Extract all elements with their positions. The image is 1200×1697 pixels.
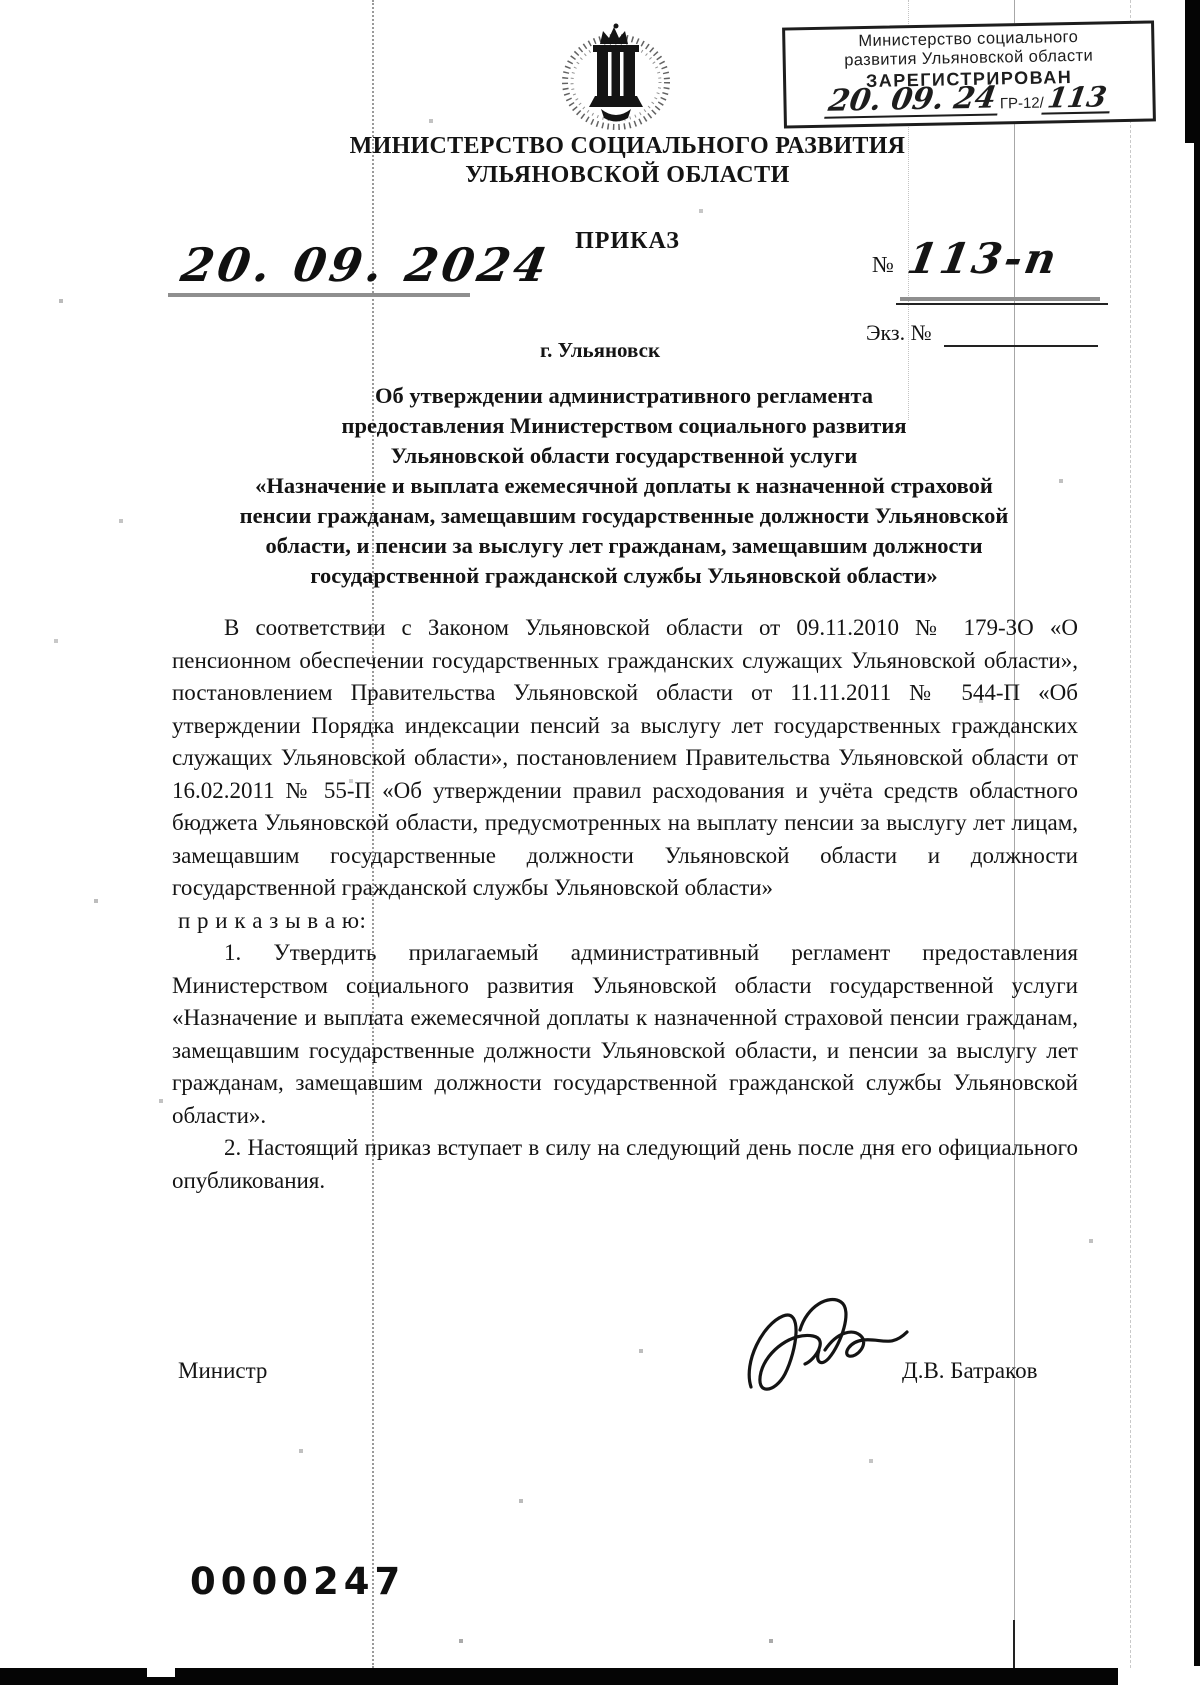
minister-signature bbox=[745, 1292, 920, 1412]
number-label: № bbox=[872, 252, 894, 278]
number-underline bbox=[896, 303, 1108, 305]
ministry-name-line1: МИНИСТЕРСТВО СОЦИАЛЬНОГО РАЗВИТИЯ bbox=[170, 133, 1085, 160]
title-line: «Назначение и выплата ежемесячной доплат… bbox=[165, 471, 1083, 501]
scanned-order-document: Министерство социального развития Ульяно… bbox=[0, 0, 1200, 1697]
order-item-1: 1. Утвердить прилагаемый административны… bbox=[172, 937, 1078, 1132]
title-line: предоставления Министерством социального… bbox=[165, 411, 1083, 441]
order-body: В соответствии с Законом Ульяновской обл… bbox=[172, 612, 1078, 1197]
ministry-name-line2: УЛЬЯНОВСКОЙ ОБЛАСТИ bbox=[170, 162, 1085, 189]
preamble-paragraph: В соответствии с Законом Ульяновской обл… bbox=[172, 612, 1078, 905]
handwritten-order-number: 113-п bbox=[904, 234, 1063, 283]
stamp-number-prefix: ГР-12/ bbox=[1000, 95, 1044, 116]
registration-stamp: Министерство социального развития Ульяно… bbox=[782, 20, 1156, 128]
copy-number-underline bbox=[944, 345, 1098, 347]
order-item-2: 2. Настоящий приказ вступает в силу на с… bbox=[172, 1132, 1078, 1197]
scan-fold-line bbox=[1130, 0, 1131, 1668]
title-line: пенсии гражданам, замещавшим государстве… bbox=[165, 501, 1083, 531]
handwritten-order-date: 20. 09. 2024 bbox=[177, 238, 555, 292]
copy-number-label: Экз. № bbox=[866, 320, 932, 346]
scan-right-edge bbox=[1194, 0, 1200, 1666]
scan-noise-speckles bbox=[0, 0, 2, 2]
signer-position: Министр bbox=[178, 1358, 267, 1384]
number-underline bbox=[900, 297, 1100, 301]
signer-name: Д.В. Батраков bbox=[902, 1358, 1038, 1384]
stamp-handwritten-date: 20. 09. 24 bbox=[824, 85, 1002, 118]
scan-artifact bbox=[1013, 1620, 1015, 1668]
order-word: п р и к а з ы в а ю: bbox=[172, 905, 1078, 938]
date-underline bbox=[168, 293, 470, 297]
title-line: государственной гражданской службы Ульян… bbox=[165, 561, 1083, 591]
coat-of-arms-emblem bbox=[548, 20, 680, 132]
title-line: Об утверждении административного регламе… bbox=[165, 381, 1083, 411]
document-registration-number: 0000247 bbox=[190, 1560, 405, 1603]
scan-artifact bbox=[147, 1668, 175, 1677]
title-line: области, и пенсии за выслугу лет граждан… bbox=[165, 531, 1083, 561]
city-line: г. Ульяновск bbox=[540, 338, 660, 363]
stamp-handwritten-number: 113 bbox=[1042, 85, 1115, 114]
order-title: Об утверждении административного регламе… bbox=[165, 381, 1083, 591]
scan-right-edge bbox=[1185, 0, 1200, 143]
title-line: Ульяновской области государственной услу… bbox=[165, 441, 1083, 471]
